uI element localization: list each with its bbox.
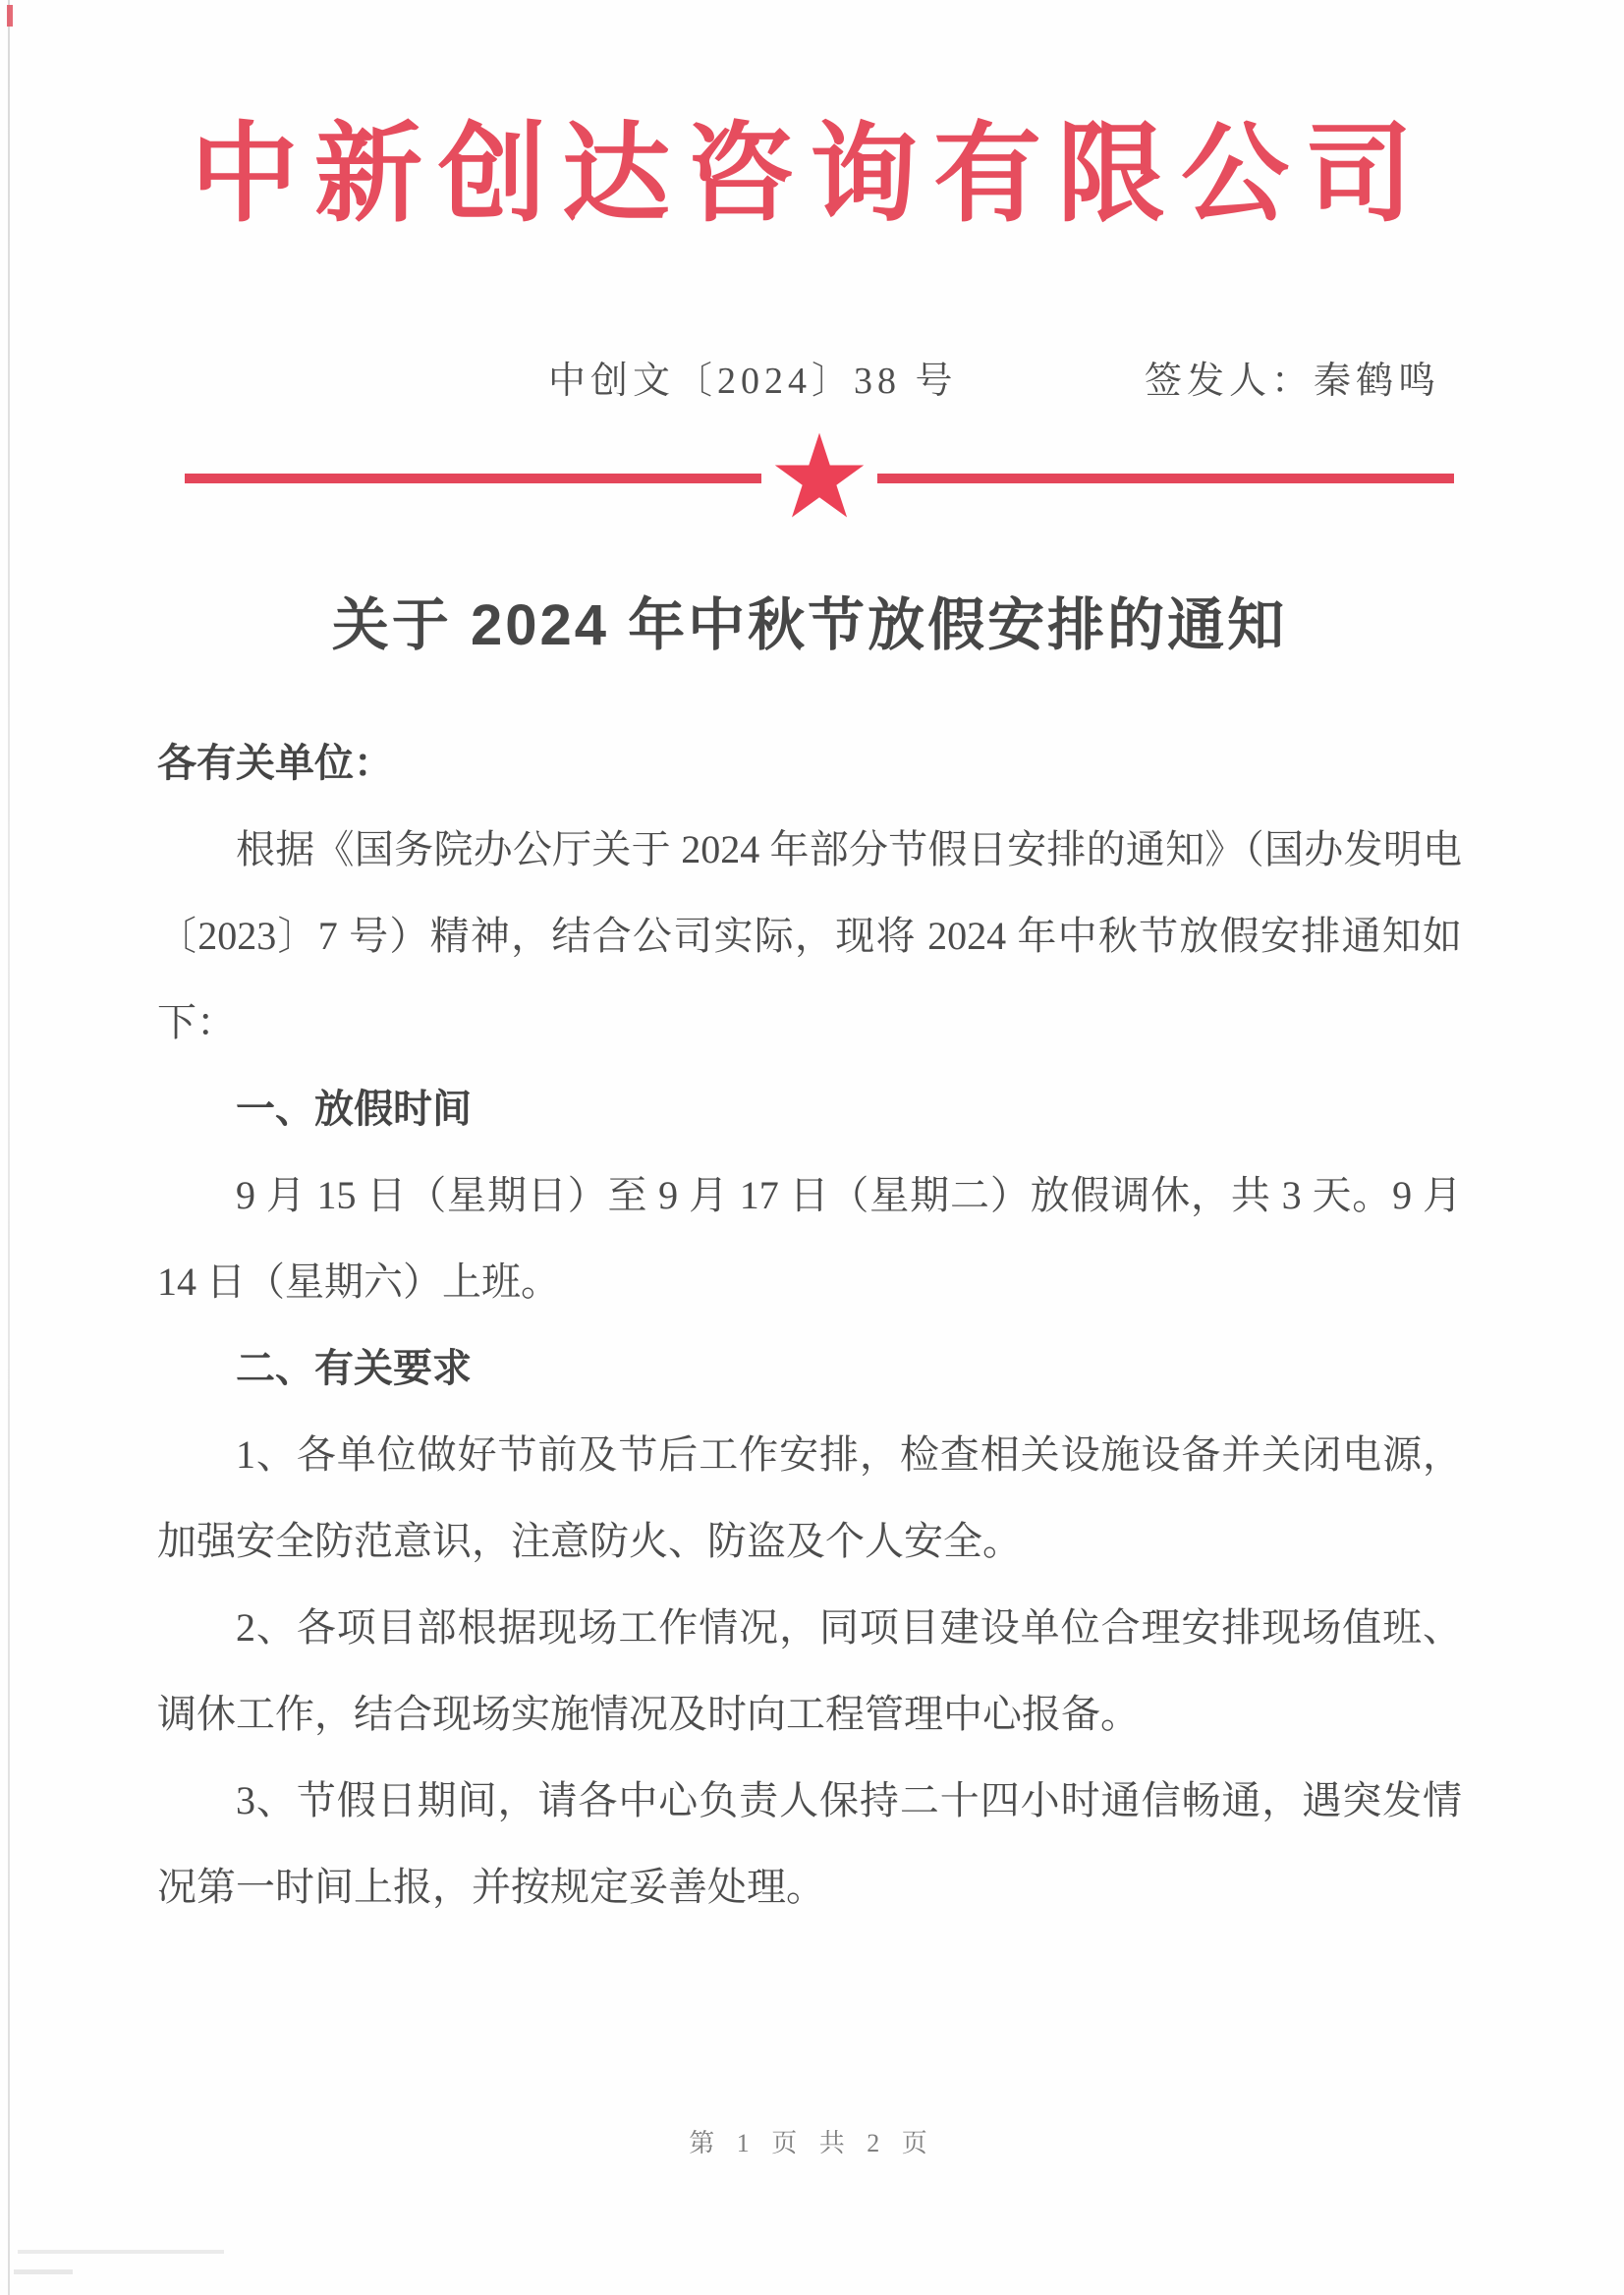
paragraph-requirement-1: 1、各单位做好节前及节后工作安排，检查相关设施设备并关闭电源，加强安全防范意识，… <box>157 1412 1462 1585</box>
letterhead-divider: ★ <box>185 429 1454 528</box>
salutation: 各有关单位： <box>157 720 1462 807</box>
paragraph-basis: 根据《国务院办公厅关于 2024 年部分节假日安排的通知》（国办发明电〔2023… <box>157 807 1462 1066</box>
page-number-indicator: 第 1 页 共 2 页 <box>0 2123 1624 2159</box>
red-rule-right <box>877 474 1454 483</box>
scan-smudge <box>18 2250 224 2254</box>
scan-red-mark <box>7 5 13 27</box>
section-heading-holiday-time: 一、放假时间 <box>157 1066 1462 1152</box>
notice-body: 各有关单位： 根据《国务院办公厅关于 2024 年部分节假日安排的通知》（国办发… <box>157 720 1462 1931</box>
paragraph-requirement-2: 2、各项目部根据现场工作情况，同项目建设单位合理安排现场值班、调休工作，结合现场… <box>157 1585 1462 1758</box>
scanned-document-page: 中新创达咨询有限公司 中创文〔2024〕38 号 签发人：秦鹤鸣 ★ 关于 20… <box>0 0 1624 2295</box>
document-number: 中创文〔2024〕38 号 <box>548 350 958 404</box>
red-rule-left <box>185 474 761 483</box>
red-star-icon: ★ <box>767 427 871 526</box>
notice-title: 关于 2024 年中秋节放假安排的通知 <box>157 579 1462 661</box>
letterhead-company-name: 中新创达咨询有限公司 <box>157 116 1462 234</box>
section-heading-requirements: 二、有关要求 <box>157 1325 1462 1412</box>
document-content: 中新创达咨询有限公司 中创文〔2024〕38 号 签发人：秦鹤鸣 ★ 关于 20… <box>0 116 1624 1931</box>
scan-smudge <box>14 2269 73 2274</box>
paragraph-requirement-3: 3、节假日期间，请各中心负责人保持二十四小时通信畅通，遇突发情况第一时间上报，并… <box>157 1758 1462 1931</box>
paragraph-holiday-dates: 9 月 15 日（星期日）至 9 月 17 日（星期二）放假调休，共 3 天。9… <box>157 1152 1462 1325</box>
document-reference-line: 中创文〔2024〕38 号 签发人：秦鹤鸣 <box>157 350 1462 404</box>
scan-edge-artifact <box>8 0 10 2295</box>
issuer-name: 签发人：秦鹤鸣 <box>1145 350 1440 404</box>
